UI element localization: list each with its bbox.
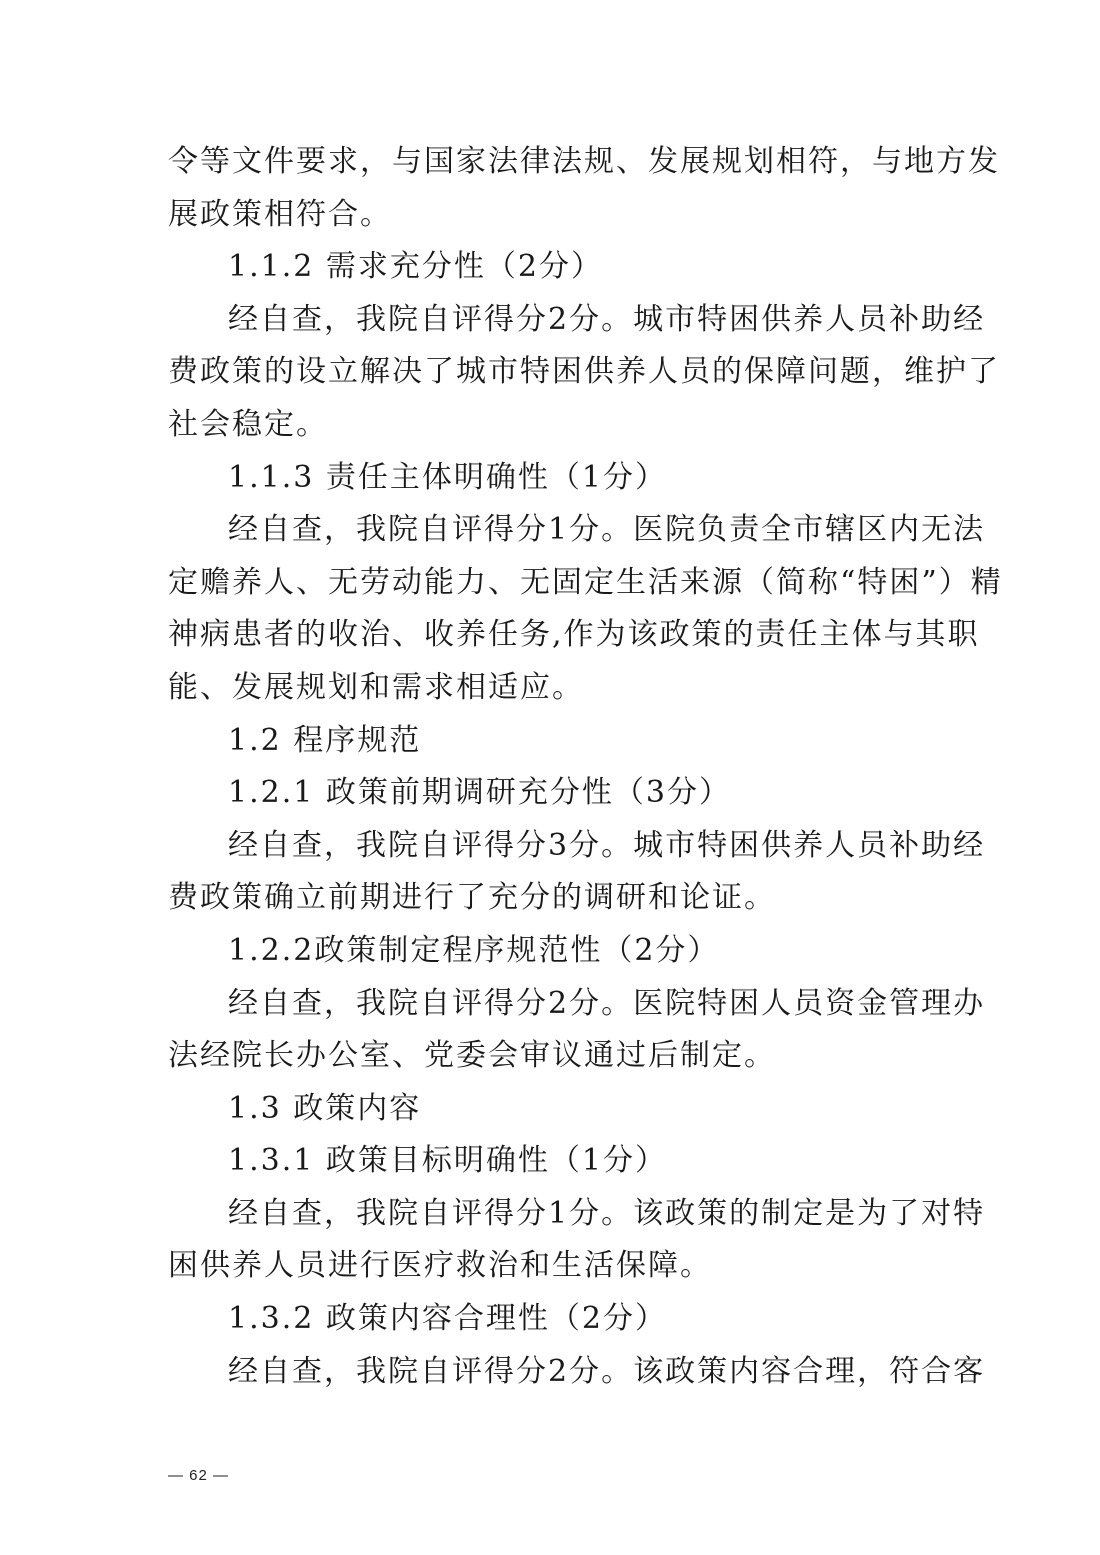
text-line: 定赡养人、无劳动能力、无固定生活来源（简称“特困”）精 — [168, 557, 934, 610]
section-heading-1-1-2: 1.1.2 需求充分性（2分） — [168, 241, 934, 294]
page-number: — 62 — — [168, 1467, 229, 1484]
section-heading-1-2: 1.2 程序规范 — [168, 715, 934, 768]
text-line: 展政策相符合。 — [168, 189, 934, 242]
text-line: 令等文件要求，与国家法律法规、发展规划相符，与地方发 — [168, 136, 934, 189]
text-line: 困供养人员进行医疗救治和生活保障。 — [168, 1240, 934, 1293]
section-heading-1-1-3: 1.1.3 责任主体明确性（1分） — [168, 452, 934, 505]
section-heading-1-3-2: 1.3.2 政策内容合理性（2分） — [168, 1293, 934, 1346]
text-line: 经自查，我院自评得分2分。医院特困人员资金管理办 — [168, 978, 934, 1031]
section-heading-1-3: 1.3 政策内容 — [168, 1083, 934, 1136]
text-line: 费政策的设立解决了城市特困供养人员的保障问题，维护了 — [168, 346, 934, 399]
text-line: 经自查，我院自评得分3分。城市特困供养人员补助经 — [168, 820, 934, 873]
document-body: 令等文件要求，与国家法律法规、发展规划相符，与地方发 展政策相符合。 1.1.2… — [168, 136, 934, 1398]
text-line: 经自查，我院自评得分1分。该政策的制定是为了对特 — [168, 1188, 934, 1241]
text-line: 经自查，我院自评得分2分。城市特困供养人员补助经 — [168, 294, 934, 347]
text-line: 社会稳定。 — [168, 399, 934, 452]
text-line: 费政策确立前期进行了充分的调研和论证。 — [168, 872, 934, 925]
section-heading-1-2-2: 1.2.2政策制定程序规范性（2分） — [168, 925, 934, 978]
text-line: 经自查，我院自评得分2分。该政策内容合理，符合客 — [168, 1346, 934, 1399]
text-line: 神病患者的收治、收养任务,作为该政策的责任主体与其职 — [168, 609, 934, 662]
section-heading-1-3-1: 1.3.1 政策目标明确性（1分） — [168, 1135, 934, 1188]
text-line: 法经院长办公室、党委会审议通过后制定。 — [168, 1030, 934, 1083]
section-heading-1-2-1: 1.2.1 政策前期调研充分性（3分） — [168, 767, 934, 820]
document-page: 令等文件要求，与国家法律法规、发展规划相符，与地方发 展政策相符合。 1.1.2… — [0, 0, 1100, 1555]
text-line: 经自查，我院自评得分1分。医院负责全市辖区内无法 — [168, 504, 934, 557]
text-line: 能、发展规划和需求相适应。 — [168, 662, 934, 715]
